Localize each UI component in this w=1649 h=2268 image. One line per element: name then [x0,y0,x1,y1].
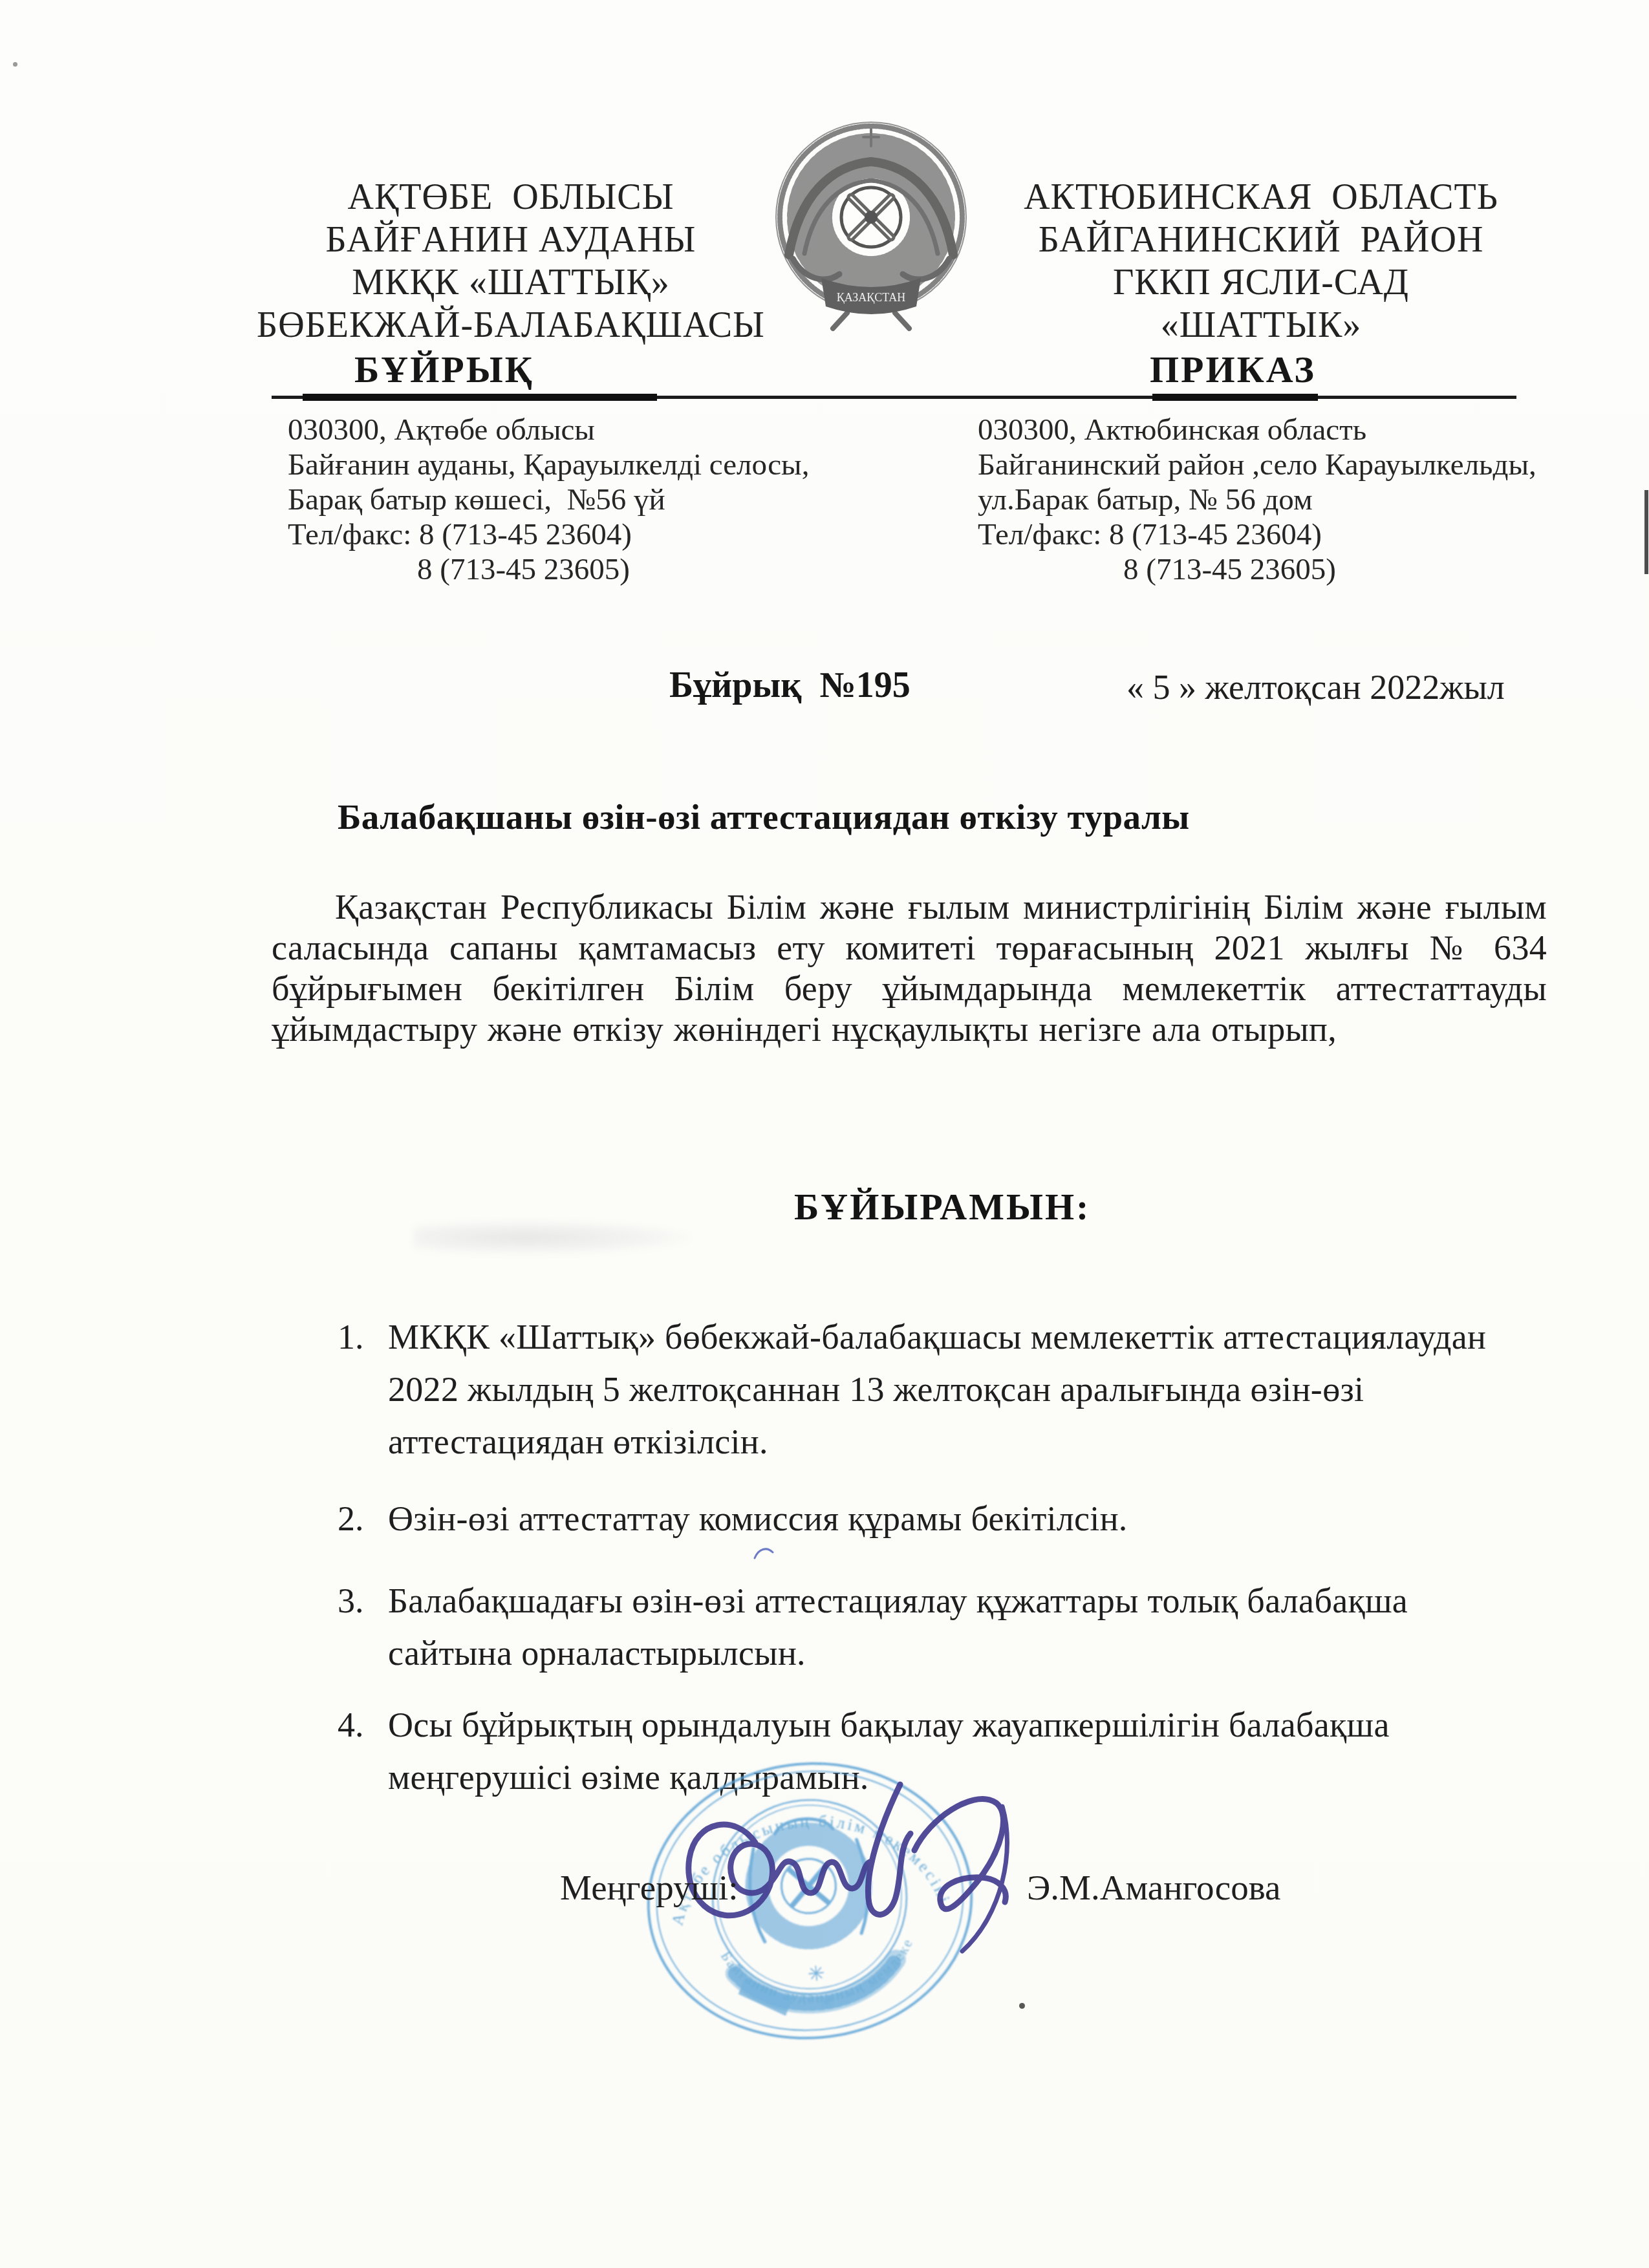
scan-speck-artifact [1019,2003,1025,2009]
letterhead-kazakh-line: МКҚК «ШАТТЫҚ» [217,261,805,304]
address-kazakh-phone-1: Тел/факс: 8 (713-45 23604) [288,517,934,552]
letterhead-kazakh-line: БӨБЕКЖАЙ-БАЛАБАҚШАСЫ [217,304,805,347]
address-kazakh-line: Байғанин ауданы, Қарауылкелді селосы, [288,447,934,482]
ink-mark-artifact [751,1543,777,1565]
doc-type-kazakh: БҰЙРЫҚ [354,348,534,391]
emblem-banner-text: ҚАЗАҚСТАН [837,291,906,304]
list-item-text: МКҚК «Шаттық» бөбекжай-балабақшасы мемле… [388,1311,1487,1468]
address-kazakh-line: Барақ батыр көшесі, №56 үй [288,482,934,517]
kazakhstan-coat-of-arms-icon: ҚАЗАҚСТАН [771,120,971,337]
scan-edge-artifact [1644,490,1648,574]
order-number: Бұйрық №195 [669,665,911,706]
address-russian-line: 030300, Актюбинская область [978,412,1624,447]
list-item-number: 1. [338,1311,388,1364]
scanned-order-document: АҚТӨБЕ ОБЛЫСЫ БАЙҒАНИН АУДАНЫ МКҚК «ШАТТ… [0,0,1649,2268]
scan-speck-artifact [13,62,17,67]
letterhead-kazakh-line: БАЙҒАНИН АУДАНЫ [217,219,805,261]
list-item: 2. Өзін-өзі аттестаттау комиссия құрамы … [338,1493,1502,1545]
list-item-text: Өзін-өзі аттестаттау комиссия құрамы бек… [388,1493,1487,1545]
order-date: « 5 » желтоқсан 2022жыл [1126,667,1505,707]
address-russian: 030300, Актюбинская область Байганинский… [978,412,1624,587]
letterhead-russian-line: БАЙГАНИНСКИЙ РАЙОН [967,219,1555,261]
letterhead-russian-line: «ШАТТЫК» [967,304,1555,347]
list-item-number: 3. [338,1575,388,1627]
letterhead-divider-thick-right [1152,394,1318,401]
address-kazakh: 030300, Ақтөбе облысы Байғанин ауданы, Қ… [288,412,934,587]
signature-name: Э.М.Амангосова [1027,1867,1280,1908]
letterhead-russian-line: ГККП ЯСЛИ-САД [967,261,1555,304]
list-item: 3. Балабақшадағы өзін-өзі аттестациялау … [338,1575,1502,1680]
address-russian-line: Байганинский район ,село Карауылкельды, [978,447,1624,482]
address-russian-phone-1: Тел/факс: 8 (713-45 23604) [978,517,1624,552]
list-item-number: 4. [338,1699,388,1751]
letterhead-kazakh-line: АҚТӨБЕ ОБЛЫСЫ [217,176,805,219]
list-item-text: Балабақшадағы өзін-өзі аттестациялау құж… [388,1575,1487,1680]
address-kazakh-phone-2: 8 (713-45 23605) [288,552,934,587]
doc-type-russian: ПРИКАЗ [1150,348,1316,391]
address-russian-line: ул.Барак батыр, № 56 дом [978,482,1624,517]
letterhead-russian-line: АКТЮБИНСКАЯ ОБЛАСТЬ [967,176,1555,219]
address-kazakh-line: 030300, Ақтөбе облысы [288,412,934,447]
stamp-asterisk: ✳ [817,1991,835,2013]
order-title: Балабақшаны өзін-өзі аттестациядан өткіз… [338,797,1190,837]
order-preamble: Қазақстан Республикасы Білім және ғылым … [272,887,1547,1050]
list-item-number: 2. [338,1493,388,1545]
scan-smudge-artifact [414,1221,692,1254]
list-item: 1. МКҚК «Шаттық» бөбекжай-балабақшасы ме… [338,1311,1502,1468]
letterhead-kazakh: АҚТӨБЕ ОБЛЫСЫ БАЙҒАНИН АУДАНЫ МКҚК «ШАТТ… [217,176,805,347]
letterhead-russian: АКТЮБИНСКАЯ ОБЛАСТЬ БАЙГАНИНСКИЙ РАЙОН Г… [967,176,1555,347]
resolution-heading: БҰЙЫРАМЫН: [794,1185,1090,1228]
letterhead-divider-thick-left [303,394,657,401]
signature-role-label: Меңгеруші: [560,1867,738,1908]
address-russian-phone-2: 8 (713-45 23605) [978,552,1624,587]
